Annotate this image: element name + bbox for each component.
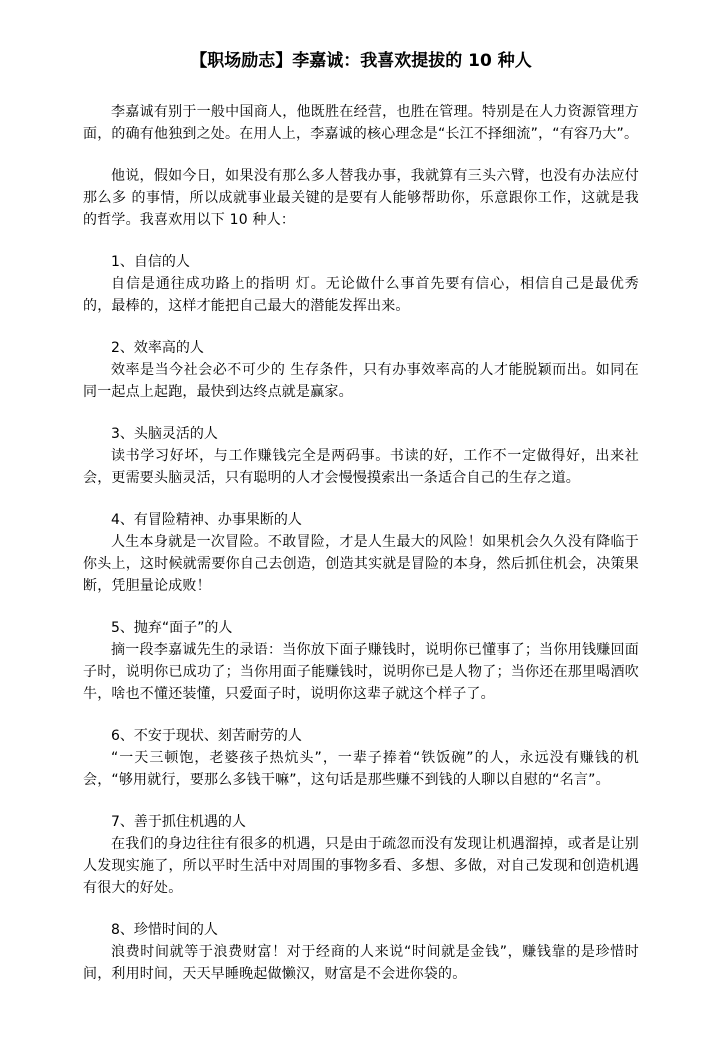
section-6-heading: 6、不安于现状、刻苦耐劳的人 [83,725,639,747]
section-7-heading: 7、善于抓住机遇的人 [83,811,639,833]
section-1-body: 自信是通往成功路上的指明 灯。无论做什么事首先要有信心，相信自己是最优秀的，最棒… [83,273,639,317]
intro-paragraph-2: 他说，假如今日，如果没有那么多人替我办事，我就算有三头六臂，也没有办法应付那么多… [83,165,639,231]
section-2: 2、效率高的人 效率是当今社会必不可少的 生存条件，只有办事效率高的人才能脱颖而… [83,337,639,403]
section-5: 5、抛弃“面子”的人 摘一段李嘉诚先生的录语：当你放下面子赚钱时，说明你已懂事了… [83,617,639,705]
section-4-heading: 4、有冒险精神、办事果断的人 [83,509,639,531]
section-8-body: 浪费时间就等于浪费财富！对于经商的人来说“时间就是金钱”，赚钱靠的是珍惜时间，利… [83,941,639,985]
section-3-body: 读书学习好坏，与工作赚钱完全是两码事。书读的好，工作不一定做得好，出来社会，更需… [83,445,639,489]
section-4: 4、有冒险精神、办事果断的人 人生本身就是一次冒险。不敢冒险，才是人生最大的风险… [83,509,639,597]
intro-paragraph-1: 李嘉诚有别于一般中国商人，他既胜在经营，也胜在管理。特别是在人力资源管理方面，的… [83,101,639,145]
document-page: 【职场励志】李嘉诚：我喜欢提拔的 10 种人 李嘉诚有别于一般中国商人，他既胜在… [0,0,721,1050]
section-4-body: 人生本身就是一次冒险。不敢冒险，才是人生最大的风险！如果机会久久没有降临于你头上… [83,531,639,597]
section-5-heading: 5、抛弃“面子”的人 [83,617,639,639]
section-1: 1、自信的人 自信是通往成功路上的指明 灯。无论做什么事首先要有信心，相信自己是… [83,251,639,317]
section-8: 8、珍惜时间的人 浪费时间就等于浪费财富！对于经商的人来说“时间就是金钱”，赚钱… [83,919,639,985]
section-8-heading: 8、珍惜时间的人 [83,919,639,941]
section-5-body: 摘一段李嘉诚先生的录语：当你放下面子赚钱时，说明你已懂事了；当你用钱赚回面子时，… [83,639,639,705]
section-3: 3、头脑灵活的人 读书学习好坏，与工作赚钱完全是两码事。书读的好，工作不一定做得… [83,423,639,489]
section-7-body: 在我们的身边往往有很多的机遇，只是由于疏忽而没有发现让机遇溜掉，或者是让别人发现… [83,833,639,899]
section-6: 6、不安于现状、刻苦耐劳的人 “一天三顿饱，老婆孩子热炕头”，一辈子捧着“铁饭碗… [83,725,639,791]
section-3-heading: 3、头脑灵活的人 [83,423,639,445]
section-1-heading: 1、自信的人 [83,251,639,273]
section-7: 7、善于抓住机遇的人 在我们的身边往往有很多的机遇，只是由于疏忽而没有发现让机遇… [83,811,639,899]
section-6-body: “一天三顿饱，老婆孩子热炕头”，一辈子捧着“铁饭碗”的人，永远没有赚钱的机会，“… [83,747,639,791]
document-title: 【职场励志】李嘉诚：我喜欢提拔的 10 种人 [83,49,639,73]
section-2-heading: 2、效率高的人 [83,337,639,359]
section-2-body: 效率是当今社会必不可少的 生存条件，只有办事效率高的人才能脱颖而出。如同在同一起… [83,359,639,403]
